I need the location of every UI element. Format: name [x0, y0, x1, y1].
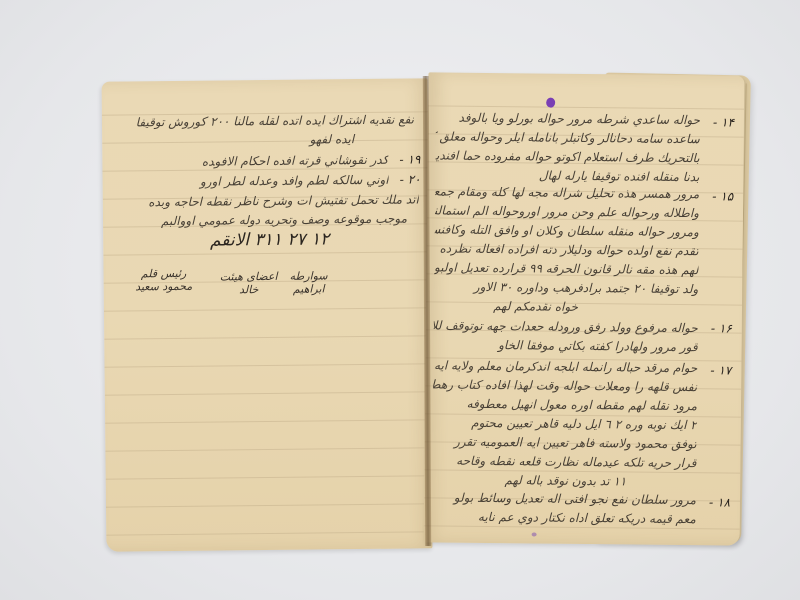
right-item-16: ﺣﻮﺍﻟﻪ ﻣﺮﻓﻮﻉ ﻭﻭﻟﺪ ﺭﻓﻖ ﻭﺭﻭﺩﻟﻪ ﺣﻌﺪﺍﺕ ﺟﻬﻪ ﺗﻮ… [434, 316, 698, 357]
right-page: ۱۴ - ﺣﻮﺍﻟﻪ ﺳﺎﻋﺪﻱ ﺷﺮﻃﻪ ﻣﺮﻭﺭ ﺣﻮﺍﻟﻪ ﺑﻮﺭﻟﻮ ﻭ… [424, 72, 745, 545]
item-number: ۲۰ - [399, 172, 420, 186]
item-number: ۱۶ - [711, 321, 732, 335]
right-item-15: ﻣﺮﻭﺭ ﻫﻤﺴﺮ ﻫﺬﻩ ﺗﺤﻠﻴﻞ ﺷﺮﺍﻟﻪ ﻣﺠﻪ ﻟﻬﺎ ﻛﻠﻪ ﻭﻣ… [434, 182, 699, 318]
handwritten-line: ﻣﻮﺟﺐ ﻣﻮﻗﻮﻋﻪ ﻭﺻﻒ ﻭﺗﺤﺮﻳﻪ ﺩﻭﻟﻪ ﻋﻤﻮﻣﻲ ﺍﻭﻭﺍﻟﺒ… [115, 209, 419, 231]
right-item-17: ﺣﻮﺍﻡ ﻣﺮﻗﺪ ﺣﺒﺎﻟﻪ ﺭﺍﻧﻤﻠﻪ ﺍﺑﻠﺠﻪ ﺍﻧﺪﻛﺮﻣﺎﻥ ﻣﻌ… [432, 356, 697, 492]
right-item-14: ﺣﻮﺍﻟﻪ ﺳﺎﻋﺪﻱ ﺷﺮﻃﻪ ﻣﺮﻭﺭ ﺣﻮﺍﻟﻪ ﺑﻮﺭﻟﻮ ﻭﻳﺎ ﺑﺎ… [435, 108, 700, 187]
left-page: ﻧﻔﻊ ﻧﻘﺪﯾﻪ ﺍﺷﺘﺮﺍﻙ ﺍﯾﺪﻩ ﺍﺗﺪﻩ ﻟﻘﻠﻪ ﻣﺎﻟﻨﺎ ۲۰… [102, 78, 433, 551]
signature-title: ﺳﻮﺍﺭﻃﻪ [274, 269, 344, 283]
item-number: ۱۴ - [713, 115, 734, 129]
item-number: ۱۷ - [710, 363, 731, 377]
signature-name: ﺍﺑﺮﺍﻫﻴﻢ [274, 282, 344, 296]
right-item-18: ﻣﺮﻭﺭ ﺳﻠﻄﺎﻥ ﻧﻔﻊ ﻧﺠﻮ ﺍﻓﺘﻰ ﺍﻟﻪ ﺗﻌﺪﻳﻞ ﻭﺳﺎﺋﻂ … [432, 488, 696, 529]
signature-block: ﺳﻮﺍﺭﻃﻪ ﺍﺑﺮﺍﻫﻴﻢ [274, 269, 344, 296]
item-number: ۱۵ - [712, 189, 733, 203]
handwritten-line: ﺍﻭﻧﻲ ﺳﺎﻟﻜﻪ ﻟﻄﻢ ﻭﺍﻓﺪ ﻭﻋﺪﻟﻪ ﻟﻄﺮ ﺍﻭﺭﻭ [149, 171, 389, 193]
handwritten-line: ﻣﻌﻢ ﻗﻴﻤﻪ ﺩﺭﻳﻜﻪ ﺗﻌﻠﻖ ﺍﺩﺍﻩ ﻧﻜﺘﺎﺭ ﺩﻭﻱ ﻋﻢ ﻧﺎ… [432, 507, 696, 529]
left-closing-text: ﺍﺗﺪ ﻣﻠﻚ ﺗﺤﻤﻞ ﺗﻔﺘﻴﺶ ﺍﺕ ﻭﺷﺮﺡ ﻧﺎﻇﺮ ﻧﻘﻄﻪ ﺍﺣﺎ… [115, 190, 419, 231]
handwritten-line: ﺍﯾﺪﻩ ﻟﻔﻬﻮ [114, 129, 414, 151]
item-number: ۱۹ - [399, 152, 420, 166]
handwritten-line: ﻗﻮﺭ ﻣﺮﻭﺭ ﻭﻟﻬﺎﺩﺭﺍ ﻛﻔﺘﻪ ﺑﻜﺎﺗﻲ ﻣﻮﻓﻘﺎ ﺍﻟﺨﺎﻭ [434, 335, 698, 357]
photo-scene: ﻧﻔﻊ ﻧﻘﺪﯾﻪ ﺍﺷﺘﺮﺍﻙ ﺍﯾﺪﻩ ﺍﺗﺪﻩ ﻟﻘﻠﻪ ﻣﺎﻟﻨﺎ ۲۰… [0, 0, 800, 600]
item-number: ۱۸ - [709, 495, 730, 509]
signature-name: ﻣﺤﻤﻮﺩ ﺳﻌﻴﺪ [124, 280, 204, 294]
left-page-intro: ﻧﻔﻊ ﻧﻘﺪﯾﻪ ﺍﺷﺘﺮﺍﻙ ﺍﯾﺪﻩ ﺍﺗﺪﻩ ﻟﻘﻠﻪ ﻣﺎﻟﻨﺎ ۲۰… [114, 110, 414, 151]
signature-block: ﺭﺋﻴﺲ ﻗﻠﻢ ﻣﺤﻤﻮﺩ ﺳﻌﻴﺪ [123, 267, 203, 294]
date-line: ۱۲ ۲۷ ۳۱۱ ﺍﻻﻧﻘﻢ [210, 229, 329, 250]
handwritten-line: ﺧﻮﺍﻩ ﻧﻘﺪﻣﻜﻢ ﻟﻬﻢ [434, 296, 698, 318]
violet-ink-blot [546, 98, 555, 108]
left-item-19: ﻛﺪﺭ ﻧﻘﻮﺷﺎﻧﻲ ﻗﺮﺗﻪ ﺍﻓﺪﻩ ﺍﺣﻜﺎﻡ ﺍﻻﻓﻮﺪﻩ [148, 151, 388, 173]
handwritten-line: ﻛﺪﺭ ﻧﻘﻮﺷﺎﻧﻲ ﻗﺮﺗﻪ ﺍﻓﺪﻩ ﺍﺣﻜﺎﻡ ﺍﻻﻓﻮﺪﻩ [148, 151, 388, 173]
violet-ink-spot [532, 532, 537, 536]
signature-title: ﺭﺋﻴﺲ ﻗﻠﻢ [123, 267, 203, 281]
left-item-20: ﺍﻭﻧﻲ ﺳﺎﻟﻜﻪ ﻟﻄﻢ ﻭﺍﻓﺪ ﻭﻋﺪﻟﻪ ﻟﻄﺮ ﺍﻭﺭﻭ [149, 171, 389, 193]
